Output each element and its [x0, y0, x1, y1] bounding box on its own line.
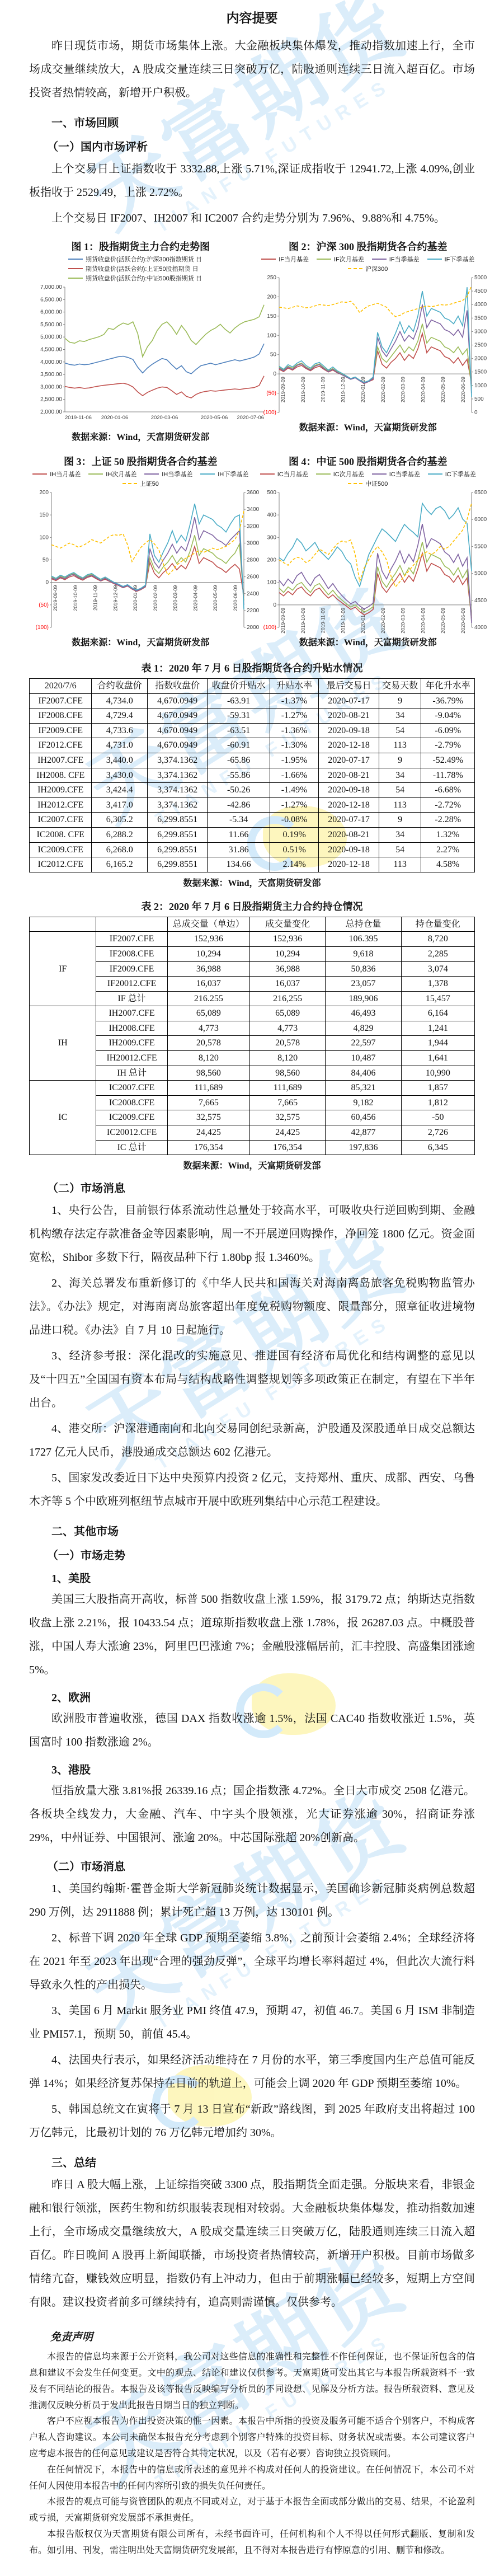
figure-2-legend: IF当月基差IF次月基差IF当季基差IF下季基差沪深300	[257, 255, 480, 273]
y-tick-label: 6,000.00	[40, 309, 62, 316]
figure-2-source: 数据来源：Wind，天富期货研发部	[257, 420, 480, 433]
overseas-news-list: 1、美国约翰斯·霍普金斯大学新冠肺炎统计数据显示，美国确诊新冠肺炎病例总数超 2…	[29, 1877, 475, 2145]
table-header-cell: 持仓量变化	[401, 917, 474, 932]
table-cell: -52.49%	[421, 753, 475, 768]
table-cell: 3,074	[401, 961, 474, 977]
legend-item: IC下季基差	[428, 470, 476, 478]
domestic-p1: 上个交易日上证指数收于 3332.88,上涨 5.71%,深证成指收于 1294…	[29, 157, 475, 204]
intro-paragraph: 昨日现货市场，期货市场集体上涨。大金融板块集体爆发，推动指数加速上行，全市场成交…	[29, 34, 475, 105]
legend-item: 期货收盘价(活跃合约):沪深300指数期货 日	[68, 255, 202, 264]
table-cell: 8,720	[401, 932, 474, 947]
table-cell: 111,689	[250, 1081, 326, 1096]
table-cell: 2020-12-18	[319, 738, 379, 753]
x-tick-label: 2019-09-09	[280, 608, 286, 634]
table-cell: 9	[379, 693, 421, 708]
table-cell: -1.37%	[270, 693, 319, 708]
y-tick-label: 3,000.00	[40, 384, 62, 390]
table-cell: 98,560	[167, 1066, 249, 1081]
x-tick-label: 2020-06-09	[233, 585, 238, 611]
table-cell: -1.49%	[270, 783, 319, 798]
list-item: 5、韩国总统文在寅将于 7 月 13 日宣布“新政”路线图，到 2025 年政府…	[29, 2098, 475, 2145]
legend-label: IF当月基差	[279, 255, 309, 264]
table-cell: -2.28%	[421, 813, 475, 828]
legend-label: IF次月基差	[334, 255, 364, 264]
legend-item: IC当季基差	[372, 470, 420, 478]
table-row: IF2008.CFE10,29410,2949,6182,285	[30, 946, 475, 961]
figure-row-2: 图 3：上证 50 股指期货各合约基差 IH当月基差IH次月基差IH当季基差IH…	[29, 451, 475, 650]
y-tick-label: 2000	[474, 356, 487, 362]
table-cell: 84,406	[326, 1066, 401, 1081]
table-cell: -65.86	[208, 753, 270, 768]
legend-label: IC当季基差	[389, 470, 420, 478]
x-tick-label: 2020-05-06	[201, 415, 228, 421]
table-cell: 8,120	[167, 1051, 249, 1066]
table-cell: 34	[379, 768, 421, 783]
y-tick-label: 3,500.00	[40, 372, 62, 378]
figure-2-plot: 250200150100500(50)(100)5000450040003500…	[257, 273, 497, 416]
us-stocks-paragraph: 美国三大股指高开高收，标普 500 指数收盘上涨 1.59%，报 3179.72…	[29, 1588, 475, 1682]
table-row: IC2012.CFE6,165.26,299.8551134.662.14%20…	[30, 857, 475, 872]
x-tick-label: 2019-11-09	[320, 377, 326, 402]
subsection-overseas-news: （二）市场消息	[29, 1857, 475, 1874]
x-tick-label: 2020-04-09	[420, 377, 426, 402]
y-tick-label: 200	[267, 557, 276, 564]
x-tick-label: 2019-10-09	[300, 377, 305, 402]
y-tick-label: 0	[45, 580, 49, 586]
y-tick-label: 100	[267, 580, 276, 586]
figure-row-1: 图 1：股指期货主力合约走势图 期货收盘价(活跃合约):沪深300指数期货 日期…	[29, 236, 475, 445]
figure-1-source: 数据来源：Wind，天富期货研发部	[29, 430, 252, 443]
table-cell: 152,936	[250, 932, 326, 947]
table-row: IC2007.CFE6,305.26,299.8551-5.34-0.08%20…	[30, 813, 475, 828]
table-cell: 3,424.4	[92, 783, 148, 798]
table-cell: 2,726	[401, 1125, 474, 1141]
legend-swatch	[261, 259, 276, 260]
legend-item: IF下季基差	[427, 255, 475, 264]
table-cell: 2020-08-21	[319, 708, 379, 724]
table-cell: IH2008.CFE	[96, 1021, 167, 1036]
legend-item: 沪深300	[348, 264, 388, 273]
y-tick-label: 1000	[474, 383, 487, 389]
table-cell: -42.86	[208, 797, 270, 813]
sub-europe: 2、欧洲	[29, 1688, 475, 1705]
table-row: 2020/7/6合约收盘价指数收盘价收盘价升贴水升贴水率最后交易日交易天数年化升…	[30, 679, 475, 694]
table-cell: 1,641	[401, 1051, 474, 1066]
legend-swatch	[348, 268, 362, 269]
sub-us-stocks: 1、美股	[29, 1569, 475, 1585]
table-cell: 98,560	[250, 1066, 326, 1081]
y-tick-label: 4500	[474, 288, 487, 294]
table-cell: 1,944	[401, 1036, 474, 1051]
table-row: IF2012.CFE4,731.04,670.0949-60.91-1.30%2…	[30, 738, 475, 753]
figure-3-legend: IH当月基差IH次月基差IH当季基差IH下季基差上证50	[29, 470, 252, 488]
table1-caption: 表 1：2020 年 7 月 6 日股指期货各合约升贴水情况	[29, 660, 475, 675]
table-cell: 111,689	[167, 1081, 249, 1096]
table-cell: 3,374.1362	[147, 797, 207, 813]
table-row: IH2012.CFE3,417.03,374.1362-42.86-1.27%2…	[30, 797, 475, 813]
table-cell: 1,378	[401, 977, 474, 992]
table-cell: 10,487	[326, 1051, 401, 1066]
x-tick-label: 2019-12-09	[340, 377, 346, 402]
table-row: IF2007.CFE4,734.04,670.0949-63.91-1.37%2…	[30, 693, 475, 708]
table-row: IF2008.CFE4,729.44,670.0949-59.31-1.27%2…	[30, 708, 475, 724]
table-cell: 3,374.1362	[147, 753, 207, 768]
table-row: IF2009.CFE36,98836,98850,8363,074	[30, 961, 475, 977]
table-cell: 6,268.0	[92, 842, 148, 857]
table-cell: 6,305.2	[92, 813, 148, 828]
table-row: IH2008. CFE3,430.03,374.1362-55.86-1.66%…	[30, 768, 475, 783]
table1-premium-discount: 2020/7/6合约收盘价指数收盘价收盘价升贴水升贴水率最后交易日交易天数年化升…	[29, 678, 475, 872]
legend-swatch	[427, 259, 442, 260]
table-cell: -0.08%	[270, 813, 319, 828]
y-tick-label: 6500	[474, 490, 487, 496]
legend-swatch	[372, 259, 387, 260]
table-cell: 6,288.2	[92, 827, 148, 842]
table-cell: 6,165.2	[92, 857, 148, 872]
table-row: IF2009.CFE4,733.64,670.0949-63.51-1.36%2…	[30, 723, 475, 738]
table-cell: 1,812	[401, 1095, 474, 1110]
table-cell: 3,374.1362	[147, 783, 207, 798]
legend-swatch	[68, 268, 83, 269]
legend-label: IF当季基差	[389, 255, 420, 264]
sub-hk-stocks: 3、港股	[29, 1761, 475, 1777]
report-page: 内容提要 昨日现货市场，期货市场集体上涨。大金融板块集体爆发，推动指数加速上行，…	[0, 0, 504, 2576]
legend-swatch	[372, 473, 387, 475]
legend-item: IC当月基差	[260, 470, 308, 478]
table-cell: 2,285	[401, 946, 474, 961]
y-tick-label: 7,000.00	[40, 284, 62, 290]
table-cell: 65,089	[167, 1006, 249, 1021]
figure-4-source: 数据来源：Wind，天富期货研发部	[257, 635, 480, 648]
table-cell: 2020-09-18	[319, 842, 379, 857]
table-cell: 113	[379, 857, 421, 872]
domestic-p2: 上个交易日 IF2007、IH2007 和 IC2007 合约走势分别为 7.9…	[29, 207, 475, 230]
europe-paragraph: 欧洲股市普遍收涨，德国 DAX 指数收涨逾 1.5%，法国 CAC40 指数收涨…	[29, 1707, 475, 1754]
table-cell: 6,299.8551	[147, 813, 207, 828]
table-cell: 4.58%	[421, 857, 475, 872]
table-cell: IC 总计	[96, 1140, 167, 1155]
section-market-review: 一、市场回顾	[29, 114, 475, 130]
x-tick-label: 2020-03-09	[400, 608, 406, 634]
table-cell: 0.51%	[270, 842, 319, 857]
table-cell: 4,670.0949	[147, 693, 207, 708]
table-cell: 42,877	[326, 1125, 401, 1141]
table-row: IH2007.CFE3,440.03,374.1362-65.86-1.95%2…	[30, 753, 475, 768]
legend-swatch	[88, 473, 103, 475]
legend-swatch	[260, 473, 275, 475]
y-tick-label: 4500	[474, 598, 487, 604]
y-tick-label: 1500	[474, 369, 487, 376]
figure-3-source: 数据来源：Wind，天富期货研发部	[29, 635, 252, 648]
table-header-cell: 2020/7/6	[30, 679, 92, 694]
y-tick-label: 2,500.00	[40, 397, 62, 403]
table-cell: 2020-07-17	[319, 753, 379, 768]
table-cell: 9,618	[326, 946, 401, 961]
table-cell: IC2007.CFE	[30, 813, 92, 828]
y-tick-label: 400	[267, 512, 276, 518]
table-cell: -2.72%	[421, 797, 475, 813]
legend-swatch	[123, 483, 137, 484]
legend-label: 上证50	[140, 479, 159, 488]
table-header-cell: 交易天数	[379, 679, 421, 694]
legend-label: IF下季基差	[445, 255, 475, 264]
table-cell: 3,374.1362	[147, 768, 207, 783]
legend-label: 中证500	[365, 479, 388, 488]
y-tick-label: 2,000.00	[40, 409, 62, 415]
legend-swatch	[32, 473, 47, 475]
table-cell: 4,829	[326, 1021, 401, 1036]
table-row: ICIC2007.CFE111,689111,68985,3211,857	[30, 1081, 475, 1096]
table-group-cell: IH	[30, 1006, 96, 1081]
table-cell: 24,425	[250, 1125, 326, 1141]
table-cell: IH2009.CFE	[96, 1036, 167, 1051]
figure-1-plot: 7,000.006,500.006,000.005,500.005,000.00…	[29, 283, 270, 425]
figure-4: 图 4：中证 500 股指期货各合约基差 IC当月基差IC次月基差IC当季基差I…	[257, 451, 480, 650]
table-cell: 216,255	[250, 991, 326, 1006]
y-tick-label: (100)	[36, 625, 49, 631]
legend-label: 期货收盘价(活跃合约):沪深300指数期货 日	[86, 255, 202, 264]
table-header-cell: 最后交易日	[319, 679, 379, 694]
table-row: IC2009.CFE32,57532,57560,456-50	[30, 1110, 475, 1125]
table-cell: -36.79%	[421, 693, 475, 708]
figure-3-plot: 200150100500(50)(100)3600340032003000280…	[29, 488, 270, 631]
list-item: 1、美国约翰斯·霍普金斯大学新冠肺炎统计数据显示，美国确诊新冠肺炎病例总数超 2…	[29, 1877, 475, 1924]
y-tick-label: 5,000.00	[40, 334, 62, 340]
table-cell: 197,836	[326, 1140, 401, 1155]
legend-swatch	[317, 259, 331, 260]
table-cell: IF20012.CFE	[96, 977, 167, 992]
legend-swatch	[428, 473, 442, 475]
table-cell: IH2007.CFE	[96, 1006, 167, 1021]
table-cell: 2020-09-18	[319, 783, 379, 798]
table-cell: 113	[379, 797, 421, 813]
table-cell: 22,597	[326, 1036, 401, 1051]
table-cell: 4,734.0	[92, 693, 148, 708]
table-cell: -9.04%	[421, 708, 475, 724]
table-cell: 1.32%	[421, 827, 475, 842]
table-cell: IF2009.CFE	[30, 723, 92, 738]
table-cell: 36,988	[167, 961, 249, 977]
table-cell: 23,057	[326, 977, 401, 992]
table-cell: IH20012.CFE	[96, 1051, 167, 1066]
table-cell: 9,182	[326, 1095, 401, 1110]
y-tick-label: 200	[39, 490, 49, 496]
table-cell: 10,294	[167, 946, 249, 961]
legend-item: 期货收盘价(活跃合约):上证50股指期货 日	[68, 264, 199, 273]
disclaimer-body: 本报告的信息均来源于公开资料，我公司对这些信息的准确性和完整性不作任何保证，也不…	[29, 2349, 475, 2559]
table-cell: 31.86	[208, 842, 270, 857]
y-tick-label: 50	[43, 557, 49, 564]
table-cell: 2.27%	[421, 842, 475, 857]
table-cell: 4,670.0949	[147, 723, 207, 738]
list-item: 1、央行公告，目前银行体系流动性总量处于较高水平，可吸收央行逆回购到期、金融机构…	[29, 1199, 475, 1269]
table-cell: 4,729.4	[92, 708, 148, 724]
table-cell: 11.66	[208, 827, 270, 842]
x-tick-label: 2020-03-09	[173, 585, 178, 611]
table-cell: -59.31	[208, 708, 270, 724]
table-cell: 1,857	[401, 1081, 474, 1096]
legend-label: 期货收盘价(活跃合约):中证500股指期货 日	[86, 274, 202, 283]
y-tick-label: 4,000.00	[40, 359, 62, 365]
table-row: IHIH2007.CFE65,08965,08946,4936,164	[30, 1006, 475, 1021]
table-cell: 20,578	[250, 1036, 326, 1051]
series-line	[65, 305, 264, 357]
list-item: 4、港交所：沪深港通南向和北向交易同创纪录新高，沪股通及深股通单日成交总额达 1…	[29, 1417, 475, 1464]
section-other-markets: 二、其他市场	[29, 1522, 475, 1538]
legend-swatch	[68, 259, 83, 260]
table-cell: IF2007.CFE	[96, 932, 167, 947]
y-tick-label: 4000	[474, 302, 487, 308]
subsection-domestic-news: （二）市场消息	[29, 1179, 475, 1195]
table-cell: 4,773	[167, 1021, 249, 1036]
table-cell: IC2008. CFE	[30, 827, 92, 842]
legend-swatch	[200, 473, 215, 475]
table-cell: IC2009.CFE	[96, 1110, 167, 1125]
y-tick-label: 100	[267, 332, 276, 339]
legend-item: IH当季基差	[144, 470, 192, 478]
x-tick-label: 2019-11-09	[320, 608, 326, 633]
table-cell: 2020-07-17	[319, 813, 379, 828]
figure-4-title: 图 4：中证 500 股指期货各合约基差	[257, 454, 480, 468]
table-cell: IC2007.CFE	[96, 1081, 167, 1096]
y-tick-label: 5500	[474, 543, 487, 550]
table-cell: 6,345	[401, 1140, 474, 1155]
table-cell: 46,493	[326, 1006, 401, 1021]
table-cell: IC2008.CFE	[96, 1095, 167, 1110]
legend-label: IC下季基差	[445, 470, 476, 478]
table-cell: 3,430.0	[92, 768, 148, 783]
table-cell: -5.34	[208, 813, 270, 828]
table-cell: 216.255	[167, 991, 249, 1006]
table-cell: -6.68%	[421, 783, 475, 798]
table-cell: 176,354	[167, 1140, 249, 1155]
legend-label: IC当月基差	[277, 470, 308, 478]
table-row: IC2009.CFE6,268.06,299.855131.860.51%202…	[30, 842, 475, 857]
legend-label: 沪深300	[365, 264, 388, 273]
table-group-cell: IF	[30, 932, 96, 1006]
table-cell: 34	[379, 827, 421, 842]
table-cell: -63.51	[208, 723, 270, 738]
table-cell: IF2012.CFE	[30, 738, 92, 753]
table-cell: -11.78%	[421, 768, 475, 783]
figure-3: 图 3：上证 50 股指期货各合约基差 IH当月基差IH次月基差IH当季基差IH…	[29, 451, 252, 650]
x-tick-label: 2019-09-09	[280, 377, 286, 402]
legend-swatch	[68, 278, 83, 279]
table-cell: 152,936	[167, 932, 249, 947]
section-summary: 三、总结	[29, 2153, 475, 2170]
y-tick-label: 250	[267, 275, 276, 281]
x-tick-label: 2020-02-09	[380, 608, 385, 634]
y-tick-label: 6000	[474, 517, 487, 523]
x-tick-label: 2019-10-09	[73, 585, 78, 611]
legend-item: IH下季基差	[200, 470, 248, 478]
table-cell: 134.66	[208, 857, 270, 872]
x-tick-label: 2020-05-09	[440, 377, 446, 402]
list-item: 5、国家发改委近日下达中央预算内投资 2 亿元，支持郑州、重庆、成都、西安、乌鲁…	[29, 1466, 475, 1513]
table-cell: 189,906	[326, 991, 401, 1006]
table-header-cell	[30, 917, 96, 932]
x-tick-label: 2020-02-09	[380, 377, 385, 402]
table-cell: -55.86	[208, 768, 270, 783]
table-cell: 2.14%	[270, 857, 319, 872]
x-tick-label: 2020-03-06	[151, 415, 178, 421]
x-tick-label: 2020-05-09	[440, 608, 446, 634]
table-cell: 2020-12-18	[319, 857, 379, 872]
table-cell: 4,773	[250, 1021, 326, 1036]
figure-2: 图 2：沪深 300 股指期货各合约基差 IF当月基差IF次月基差IF当季基差I…	[257, 236, 480, 445]
x-tick-label: 2020-06-09	[460, 608, 466, 634]
y-tick-label: 0	[273, 371, 276, 377]
table-cell: -1.27%	[270, 708, 319, 724]
table-cell: IF 总计	[96, 991, 167, 1006]
legend-label: IH当月基差	[50, 470, 81, 478]
table-cell: 16,037	[250, 977, 326, 992]
table-row: IC2008. CFE6,288.26,299.855111.660.19%20…	[30, 827, 475, 842]
y-tick-label: (50)	[39, 602, 49, 608]
y-tick-label: 6,500.00	[40, 297, 62, 303]
table-cell: 10,990	[401, 1066, 474, 1081]
table-cell: 6,164	[401, 1006, 474, 1021]
legend-label: IH当季基差	[162, 470, 192, 478]
table-cell: 60,456	[326, 1110, 401, 1125]
y-tick-label: (50)	[266, 391, 276, 397]
table-header-cell	[96, 917, 167, 932]
table-cell: 65,089	[250, 1006, 326, 1021]
y-tick-label: 200	[267, 294, 276, 300]
legend-label: 期货收盘价(活跃合约):上证50股指期货 日	[86, 264, 199, 273]
disclaimer-heading: 免责声明	[29, 2329, 475, 2344]
list-item: 客户不应视本报告为作出投资决策的惟一因素。本报告中所指的投资及服务可能不适合个别…	[29, 2414, 475, 2462]
y-tick-label: 5000	[474, 275, 487, 281]
table-cell: IH2007.CFE	[30, 753, 92, 768]
legend-swatch	[316, 473, 331, 475]
table-cell: 7,665	[167, 1095, 249, 1110]
table-cell: 3,440.0	[92, 753, 148, 768]
table-cell: 15,457	[401, 991, 474, 1006]
table-cell: -60.91	[208, 738, 270, 753]
page-title: 内容提要	[29, 8, 475, 26]
legend-item: 期货收盘价(活跃合约):中证500股指期货 日	[68, 274, 202, 283]
subsection-domestic-review: （一）国内市场评析	[29, 138, 475, 154]
table-cell: -2.79%	[421, 738, 475, 753]
table-cell: 2020-12-18	[319, 797, 379, 813]
list-item: 本报告的信息均来源于公开资料，我公司对这些信息的准确性和完整性不作任何保证，也不…	[29, 2349, 475, 2414]
figure-1-legend: 期货收盘价(活跃合约):沪深300指数期货 日期货收盘价(活跃合约):上证50股…	[29, 255, 252, 283]
table-cell: 1,241	[401, 1021, 474, 1036]
list-item: 本报告版权仅为天富期货有限公司所有，未经书面许可，任何机构和个人不得以任何形式翻…	[29, 2527, 475, 2559]
list-item: 3、美国 6 月 Markit 服务业 PMI 终值 47.9，预期 47，初值…	[29, 1999, 475, 2046]
legend-item: IF次月基差	[317, 255, 364, 264]
y-tick-label: 300	[267, 534, 276, 541]
y-tick-label: (100)	[263, 410, 276, 416]
table-cell: 24,425	[167, 1125, 249, 1141]
table-cell: 2020-08-21	[319, 827, 379, 842]
domestic-news-list: 1、央行公告，目前银行体系流动性总量处于较高水平，可吸收央行逆回购到期、金融机构…	[29, 1199, 475, 1513]
figure-1-title: 图 1：股指期货主力合约走势图	[29, 239, 252, 254]
table-cell: 54	[379, 783, 421, 798]
figure-4-plot: 5004003002001000(100)6500600055005000450…	[257, 488, 497, 631]
legend-swatch	[348, 483, 362, 484]
x-tick-label: 2019-10-09	[300, 608, 305, 634]
table-row: IH20012.CFE8,1208,12010,4871,641	[30, 1051, 475, 1066]
subsection-market-trend: （一）市场走势	[29, 1546, 475, 1563]
legend-item: IF当月基差	[261, 255, 309, 264]
legend-item: IH当月基差	[32, 470, 81, 478]
table-row: IC20012.CFE24,42524,42542,8772,726	[30, 1125, 475, 1141]
figure-4-legend: IC当月基差IC次月基差IC当季基差IC下季基差中证500	[257, 470, 480, 488]
y-tick-label: 5,500.00	[40, 322, 62, 328]
table-cell: IF2008.CFE	[30, 708, 92, 724]
